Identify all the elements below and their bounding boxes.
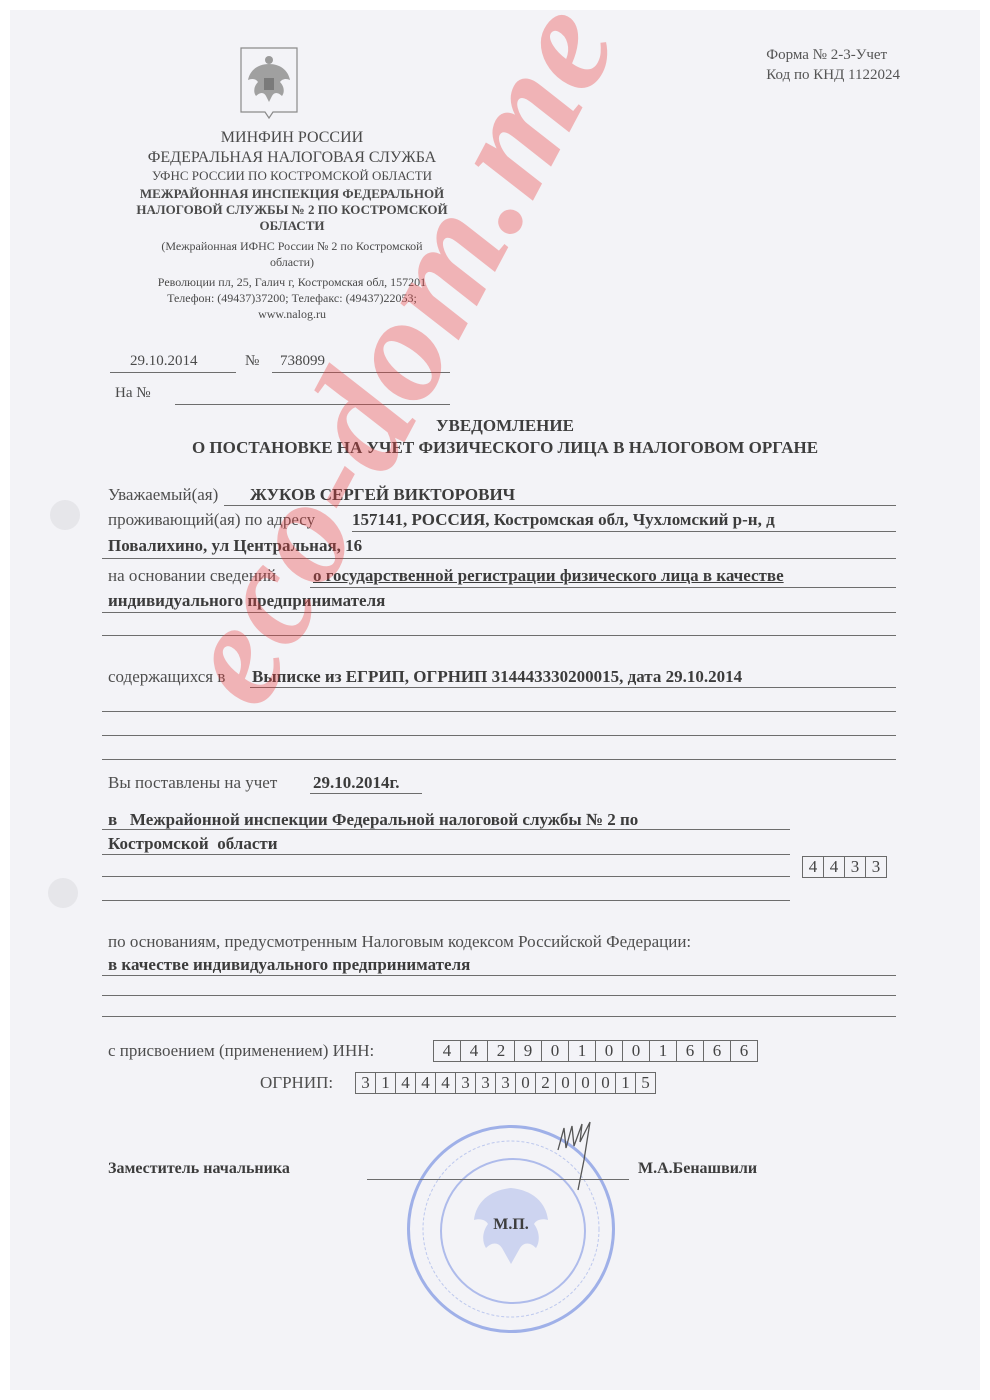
inn-digit: 1 (650, 1041, 677, 1061)
ogrnip-digit: 3 (476, 1073, 496, 1093)
name-underline (224, 505, 896, 506)
contained-value: Выписке из ЕГРИП, ОГРНИП 314443330200015… (252, 667, 742, 687)
authority-underline-3 (102, 876, 790, 877)
contained-underline-4 (102, 759, 896, 760)
grounds-value: в качестве индивидуального предпринимате… (108, 955, 470, 975)
ogrnip-label: ОГРНИП: (260, 1073, 333, 1093)
reference-number: 738099 (280, 353, 325, 370)
inspection-name-2: НАЛОГОВОЙ СЛУЖБЫ № 2 ПО КОСТРОМСКОЙ (102, 202, 482, 218)
inn-digit: 6 (731, 1041, 757, 1061)
ogrnip-digit: 5 (636, 1073, 655, 1093)
ogrnip-digit: 0 (576, 1073, 596, 1093)
ogrnip-digit: 0 (516, 1073, 536, 1093)
authority-underline-4 (102, 900, 790, 901)
issuer-address: Революции пл, 25, Галич г, Костромская о… (102, 274, 482, 290)
inn-digit: 2 (488, 1041, 515, 1061)
ogrnip-cells: 3 1 4 4 4 3 3 3 0 2 0 0 0 1 5 (355, 1072, 656, 1094)
authority-underline-1 (102, 829, 790, 830)
seal-label: М.П. (410, 1216, 612, 1234)
grounds-label: по основаниям, предусмотренным Налоговым… (108, 932, 691, 952)
ogrnip-digit: 3 (496, 1073, 516, 1093)
handwritten-signature-icon (550, 1120, 620, 1200)
inn-digit: 0 (596, 1041, 623, 1061)
inn-digit: 6 (677, 1041, 704, 1061)
contained-underline-2 (102, 711, 896, 712)
punch-hole-top (50, 500, 80, 530)
regional-office: УФНС РОССИИ ПО КОСТРОМСКОЙ ОБЛАСТИ (102, 168, 482, 184)
contained-underline-1 (250, 687, 896, 688)
inn-digit: 6 (704, 1041, 731, 1061)
document-page: Форма № 2-3-Учет Код по КНД 1122024 МИНФ… (10, 10, 980, 1390)
number-label: № (245, 353, 259, 370)
reply-to-label: На № (115, 385, 151, 402)
code-digit: 3 (866, 857, 886, 877)
contained-underline-3 (102, 735, 896, 736)
ogrnip-digit: 0 (596, 1073, 616, 1093)
authority-underline-2 (102, 854, 790, 855)
signer-position: Заместитель начальника (108, 1160, 290, 1178)
grounds-underline-2 (102, 995, 896, 996)
inspection-short-2: области) (102, 254, 482, 270)
signer-name: М.А.Бенашвили (638, 1160, 757, 1178)
date-underline (110, 372, 236, 373)
reply-to-underline (175, 404, 450, 405)
punch-hole-bottom (48, 878, 78, 908)
inn-digit: 4 (461, 1041, 488, 1061)
authority-line-1: в Межрайонной инспекции Федеральной нало… (108, 810, 638, 830)
address-label: проживающий(ая) по адресу (108, 510, 315, 530)
form-number: Форма № 2-3-Учет (766, 45, 900, 65)
grounds-underline-1 (102, 975, 896, 976)
ogrnip-digit: 4 (436, 1073, 456, 1093)
address-underline-2 (102, 558, 896, 559)
ogrnip-digit: 3 (356, 1073, 376, 1093)
issuer-header: МИНФИН РОССИИ ФЕДЕРАЛЬНАЯ НАЛОГОВАЯ СЛУЖ… (102, 128, 482, 322)
contained-label: содержащихся в (108, 667, 225, 687)
inn-digit: 4 (434, 1041, 461, 1061)
address-line-2: Повалихино, ул Центральная, 16 (108, 536, 362, 556)
inn-cells: 4 4 2 9 0 1 0 0 1 6 6 6 (433, 1040, 758, 1062)
inn-digit: 9 (515, 1041, 542, 1061)
title-line-2: О ПОСТАНОВКЕ НА УЧЕТ ФИЗИЧЕСКОГО ЛИЦА В … (10, 437, 990, 459)
basis-underline-2 (102, 612, 896, 613)
basis-line-1: о государственной регистрации физическог… (313, 566, 784, 586)
title-line-1: УВЕДОМЛЕНИЕ (10, 415, 990, 437)
basis-label: на основании сведений (108, 566, 276, 586)
inn-digit: 0 (542, 1041, 569, 1061)
ogrnip-digit: 2 (536, 1073, 556, 1093)
registered-date: 29.10.2014г. (313, 773, 400, 793)
russian-coat-of-arms-icon (238, 46, 300, 124)
ogrnip-digit: 1 (616, 1073, 636, 1093)
code-digit: 4 (824, 857, 845, 877)
ministry-name: МИНФИН РОССИИ (102, 128, 482, 148)
inn-label: с присвоением (применением) ИНН: (108, 1041, 374, 1061)
ogrnip-digit: 4 (396, 1073, 416, 1093)
service-name: ФЕДЕРАЛЬНАЯ НАЛОГОВАЯ СЛУЖБА (102, 148, 482, 168)
ogrnip-digit: 4 (416, 1073, 436, 1093)
registered-label: Вы поставлены на учет (108, 773, 277, 793)
reference-date: 29.10.2014 (130, 353, 198, 370)
inspection-name-3: ОБЛАСТИ (102, 218, 482, 234)
watermark-text: eco-dom.me (140, 0, 651, 731)
inn-digit: 1 (569, 1041, 596, 1061)
form-code-block: Форма № 2-3-Учет Код по КНД 1122024 (766, 45, 900, 85)
registered-underline (310, 793, 422, 794)
code-digit: 4 (803, 857, 824, 877)
inn-digit: 0 (623, 1041, 650, 1061)
ogrnip-digit: 3 (456, 1073, 476, 1093)
ogrnip-digit: 1 (376, 1073, 396, 1093)
issuer-website: www.nalog.ru (102, 306, 482, 322)
inspection-name-1: МЕЖРАЙОННАЯ ИНСПЕКЦИЯ ФЕДЕРАЛЬНОЙ (102, 186, 482, 202)
address-underline-1 (352, 531, 896, 532)
full-name: ЖУКОВ СЕРГЕЙ ВИКТОРОВИЧ (250, 485, 515, 505)
code-digit: 3 (845, 857, 866, 877)
knd-code: Код по КНД 1122024 (766, 65, 900, 85)
number-underline (272, 372, 450, 373)
address-line-1: 157141, РОССИЯ, Костромская обл, Чухломс… (352, 510, 775, 530)
authority-code-cells: 4 4 3 3 (802, 856, 887, 878)
basis-underline-3 (102, 635, 896, 636)
grounds-underline-3 (102, 1016, 896, 1017)
ogrnip-digit: 0 (556, 1073, 576, 1093)
inspection-short-1: (Межрайонная ИФНС России № 2 по Костромс… (102, 238, 482, 254)
basis-underline-1 (310, 587, 896, 588)
dear-label: Уважаемый(ая) (108, 485, 218, 505)
issuer-phones: Телефон: (49437)37200; Телефакс: (49437)… (102, 290, 482, 306)
document-title: УВЕДОМЛЕНИЕ О ПОСТАНОВКЕ НА УЧЕТ ФИЗИЧЕС… (10, 415, 990, 459)
authority-line-2: Костромской области (108, 834, 278, 854)
basis-line-2: индивидуального предпринимателя (108, 591, 385, 611)
